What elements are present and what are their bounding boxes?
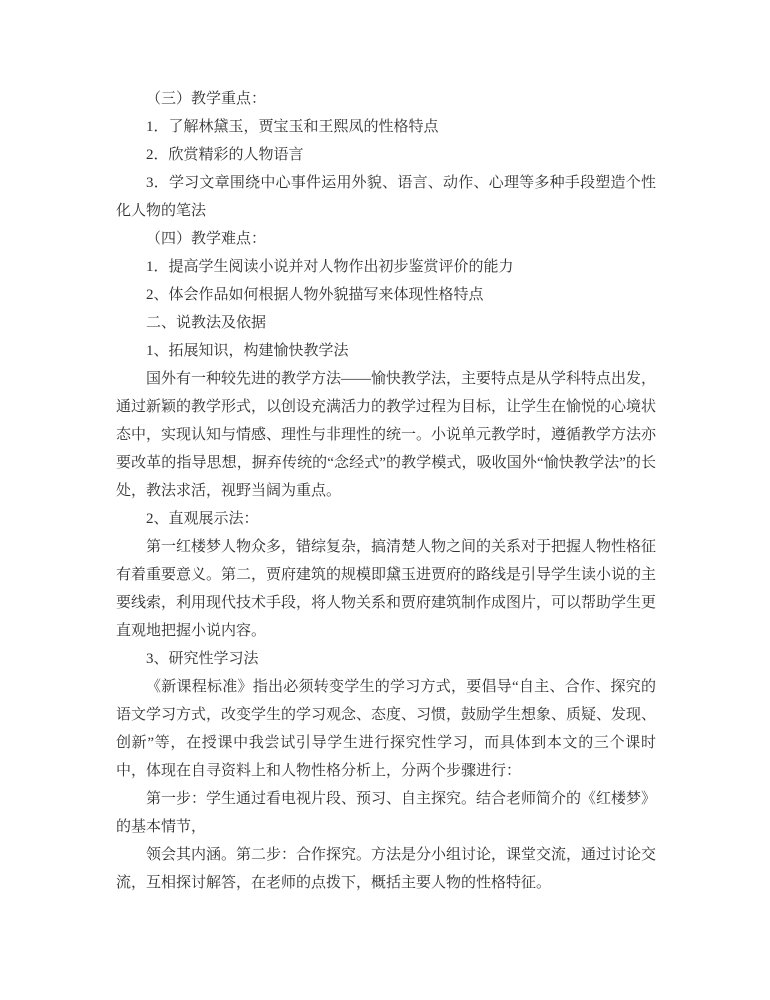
paragraph-section-heading: 二、说教法及依据 [116, 309, 656, 337]
document-page: （三）教学重点： 1．了解林黛玉，贾宝玉和王熙凤的性格特点 2．欣赏精彩的人物语… [0, 0, 770, 1000]
paragraph-body: 第一红楼梦人物众多，错综复杂，搞清楚人物之间的关系对于把握人物性格征有着重要意义… [116, 533, 656, 645]
paragraph-subheading: 3、研究性学习法 [116, 645, 656, 673]
paragraph-list-item: 2．欣赏精彩的人物语言 [116, 141, 656, 169]
paragraph-body: 领会其内涵。第二步：合作探究。方法是分小组讨论，课堂交流，通过讨论交流，互相探讨… [116, 841, 656, 897]
paragraph-body: 《新课程标准》指出必须转变学生的学习方式，要倡导“自主、合作、探究的语文学习方式… [116, 673, 656, 785]
paragraph-list-item: 1．了解林黛玉，贾宝玉和王熙凤的性格特点 [116, 113, 656, 141]
document-body: （三）教学重点： 1．了解林黛玉，贾宝玉和王熙凤的性格特点 2．欣赏精彩的人物语… [116, 85, 656, 897]
paragraph-section-heading: （三）教学重点： [116, 85, 656, 113]
paragraph-subheading: 1、拓展知识，构建愉快教学法 [116, 337, 656, 365]
paragraph-body: 国外有一种较先进的教学方法——愉快教学法，主要特点是从学科特点出发，通过新颖的教… [116, 365, 656, 505]
paragraph-list-item: 3．学习文章围绕中心事件运用外貌、语言、动作、心理等多种手段塑造个性化人物的笔法 [116, 169, 656, 225]
paragraph-subheading: 2、直观展示法： [116, 505, 656, 533]
paragraph-list-item: 2、体会作品如何根据人物外貌描写来体现性格特点 [116, 281, 656, 309]
paragraph-body: 第一步：学生通过看电视片段、预习、自主探究。结合老师简介的《红楼梦》的基本情节， [116, 785, 656, 841]
paragraph-section-heading: （四）教学难点： [116, 225, 656, 253]
paragraph-list-item: 1．提高学生阅读小说并对人物作出初步鉴赏评价的能力 [116, 253, 656, 281]
